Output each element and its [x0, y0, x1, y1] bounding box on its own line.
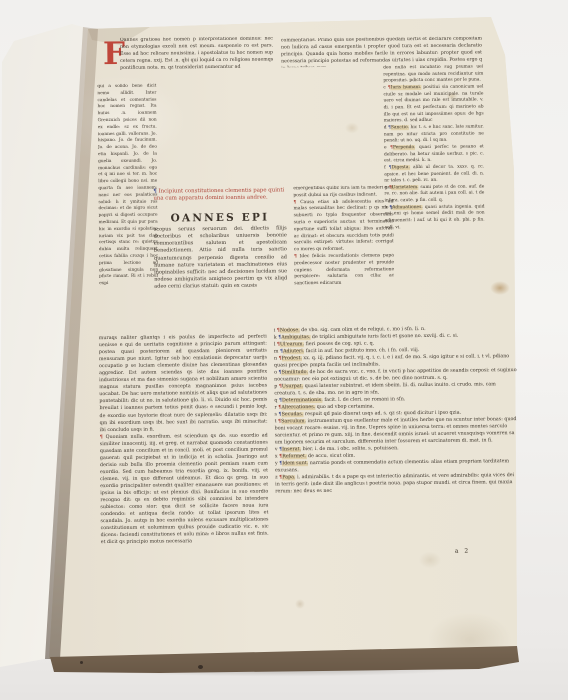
gloss-headword: Sanctio.	[391, 125, 409, 130]
right-margin-gloss: deo nulla est incubatio sug psumas uel r…	[383, 64, 486, 334]
gloss-headword: Uarietatem.	[392, 185, 419, 190]
text-paragraph: emergentibus quibz iura iam ta mederi no…	[293, 185, 393, 200]
entry-letter: m	[274, 349, 279, 354]
index-headword: Nodose.	[280, 328, 300, 333]
index-text: quasi latenter subintrat. et idem sbeim.…	[274, 382, 496, 396]
paragraph-text: Idec felicis recordationis clemens papa …	[294, 253, 394, 286]
index-headword: Papa.	[282, 475, 295, 480]
rubric-text: Incipiunt constitutiones clementis pape …	[153, 187, 284, 202]
incipit-headline: OANNES EPI	[171, 211, 270, 224]
index-text: narratio ponds et commendatio actum clem…	[275, 459, 509, 473]
main-text-column: scopus seruus seruorum dei. dilectis fil…	[154, 225, 288, 331]
entry-letter: h	[385, 205, 388, 210]
index-headword: Similitudo.	[282, 370, 308, 375]
secondary-text-column: emergentibus quibz iura iam ta mederi no…	[293, 185, 394, 319]
entry-letter: f	[384, 165, 386, 170]
index-headword: Reformet.	[282, 454, 306, 459]
entry-letter: c	[383, 85, 386, 90]
commentary-paragraph: muraqs naliter gliantqs i eis paulus de …	[99, 334, 268, 434]
entry-letter: o	[274, 370, 277, 375]
pilcrow-icon: ¶	[100, 434, 103, 440]
gloss-headword: Digesta.	[392, 165, 410, 170]
left-margin-gloss: qui a solido bene dicit nemo allidit. In…	[97, 84, 158, 333]
index-headword: Adiuteri.	[283, 349, 304, 354]
printed-text-layer: F Oannes gratiosa hoc nomen p interpreta…	[0, 0, 568, 700]
index-text: fieri posses de cog. spi. c. q.	[306, 341, 375, 347]
entry-letter: r	[274, 405, 276, 410]
commentary-paragraph: ¶ Quoniam nulla. exordium. est sciendum …	[100, 432, 269, 546]
index-text: instrumentum quo euellantur male et inut…	[275, 417, 517, 445]
index-list: i ¶Nodose. de vbo. sig. cam olim et de r…	[274, 325, 521, 559]
index-headword: Prodest.	[282, 356, 302, 361]
paragraph-text: emergentibus quibz iura iam ta mederi no…	[293, 185, 393, 198]
index-text: de triplici ambiguitate iuris facti et g…	[312, 334, 458, 340]
entry-letter: v	[275, 447, 278, 452]
gloss-entry: h ¶Adiuuationes. quasi astuta ingenia. q…	[385, 204, 485, 232]
gloss-entry: f ¶Digesta. alibi ul decor ta. xxxv. q. …	[384, 164, 484, 185]
index-text: facit. l. de cleri. ne romani in sfn.	[324, 397, 405, 403]
entry-letter: z	[275, 475, 278, 480]
paragraph-text: Quoniam nulla. exordium. est sciendum qs…	[100, 433, 269, 545]
index-headword: Ambiguitas.	[281, 335, 310, 340]
index-headword: Usurpat.	[282, 384, 303, 389]
pilcrow-icon: ¶	[293, 200, 296, 205]
entry-letter: t	[275, 419, 277, 424]
signature-mark: a 2	[455, 548, 470, 555]
gloss-text: positiui sia canonicum uel ciuile sz mod…	[383, 84, 483, 123]
index-headword: Altercationes.	[281, 405, 315, 410]
book-photo: F Oannes gratiosa hoc nomen p interpreta…	[0, 0, 568, 700]
pilcrow-icon: ¶	[153, 189, 156, 195]
entry-letter: s	[274, 412, 277, 417]
entry-letter: q	[274, 398, 277, 403]
entry-letter: e	[384, 145, 387, 150]
index-entry: t ¶Sarculum. instrumentum quo euellantur…	[275, 416, 520, 446]
entry-letter: g	[384, 185, 387, 190]
gloss-intro: deo nulla est incubatio sug psumas uel r…	[383, 64, 483, 85]
entry-letter: k	[274, 335, 277, 340]
entry-letter: y	[275, 461, 278, 466]
index-text: de hoc de sacra vnc. c. vno. f. in vncti…	[274, 368, 516, 382]
index-headword: Secudas.	[282, 412, 304, 417]
entry-letter: x	[275, 454, 278, 459]
entry-letter: d	[384, 125, 387, 130]
gloss-entry: e ¶Perpendo. quasi perfec te pesano et d…	[384, 144, 484, 165]
entry-letter: i	[274, 328, 276, 333]
pilcrow-icon: ¶	[294, 254, 297, 259]
index-text: xx. q. iij. pdiano facit. vij. q. i. c. …	[274, 354, 509, 368]
index-text: bier. i. de ma. i obc. solite. s. potuis…	[303, 446, 399, 452]
index-entry: z ¶Papa. i. admirabilis. t ds a pape qs …	[275, 472, 520, 495]
top-right-gloss-paragraph: commentarios. Primo quia uos positionibu…	[281, 36, 482, 67]
paragraph-text: muraqs naliter gliantqs i eis paulus de …	[99, 335, 268, 433]
top-gloss-paragraph: Oannes gratiosa hoc nomen p interpretati…	[120, 36, 273, 82]
gloss-headword: Adiuuationes.	[392, 205, 423, 210]
index-headword: Inserat.	[282, 447, 301, 452]
gloss-entry: d ¶Sanctio. hic t. s. e hnc sanc. late s…	[384, 124, 484, 145]
index-text: de accu. sicut olim.	[308, 454, 355, 459]
text-paragraph: ¶ Idec felicis recordationis clemens pap…	[294, 253, 394, 288]
index-text: i. admirabilis. t ds a pape qs est inter…	[275, 473, 514, 494]
incipit-rubric: ¶ Incipiunt constitutiones clementis pap…	[153, 187, 287, 212]
gloss-entry: c ¶Iuris humani. positiui sia canonicum …	[383, 84, 483, 125]
entry-letter: l	[274, 342, 276, 347]
entry-letter: n	[274, 356, 277, 361]
paragraph-text: Causa etias ab adolescentia eius ad mala…	[294, 199, 394, 253]
index-headword: Ul'earum.	[280, 342, 304, 347]
index-headword: Sarculum.	[281, 419, 306, 424]
gloss-headword: Iuris humani.	[391, 85, 422, 90]
index-headword: Determinationis.	[282, 398, 323, 403]
gloss-entry: g ¶Uarietatem. sumi pote st de con. auf.…	[384, 184, 484, 205]
index-text: quo ad vbop certamina.	[317, 404, 375, 410]
index-headword: Idem sunt.	[282, 461, 308, 466]
entry-letter: p	[274, 384, 277, 389]
gloss-headword: Perpendo.	[393, 145, 416, 150]
text-paragraph: ¶ Causa etias ab adolescentia eius ad ma…	[293, 199, 394, 254]
lower-commentary-block: muraqs naliter gliantqs i eis paulus de …	[99, 334, 269, 563]
